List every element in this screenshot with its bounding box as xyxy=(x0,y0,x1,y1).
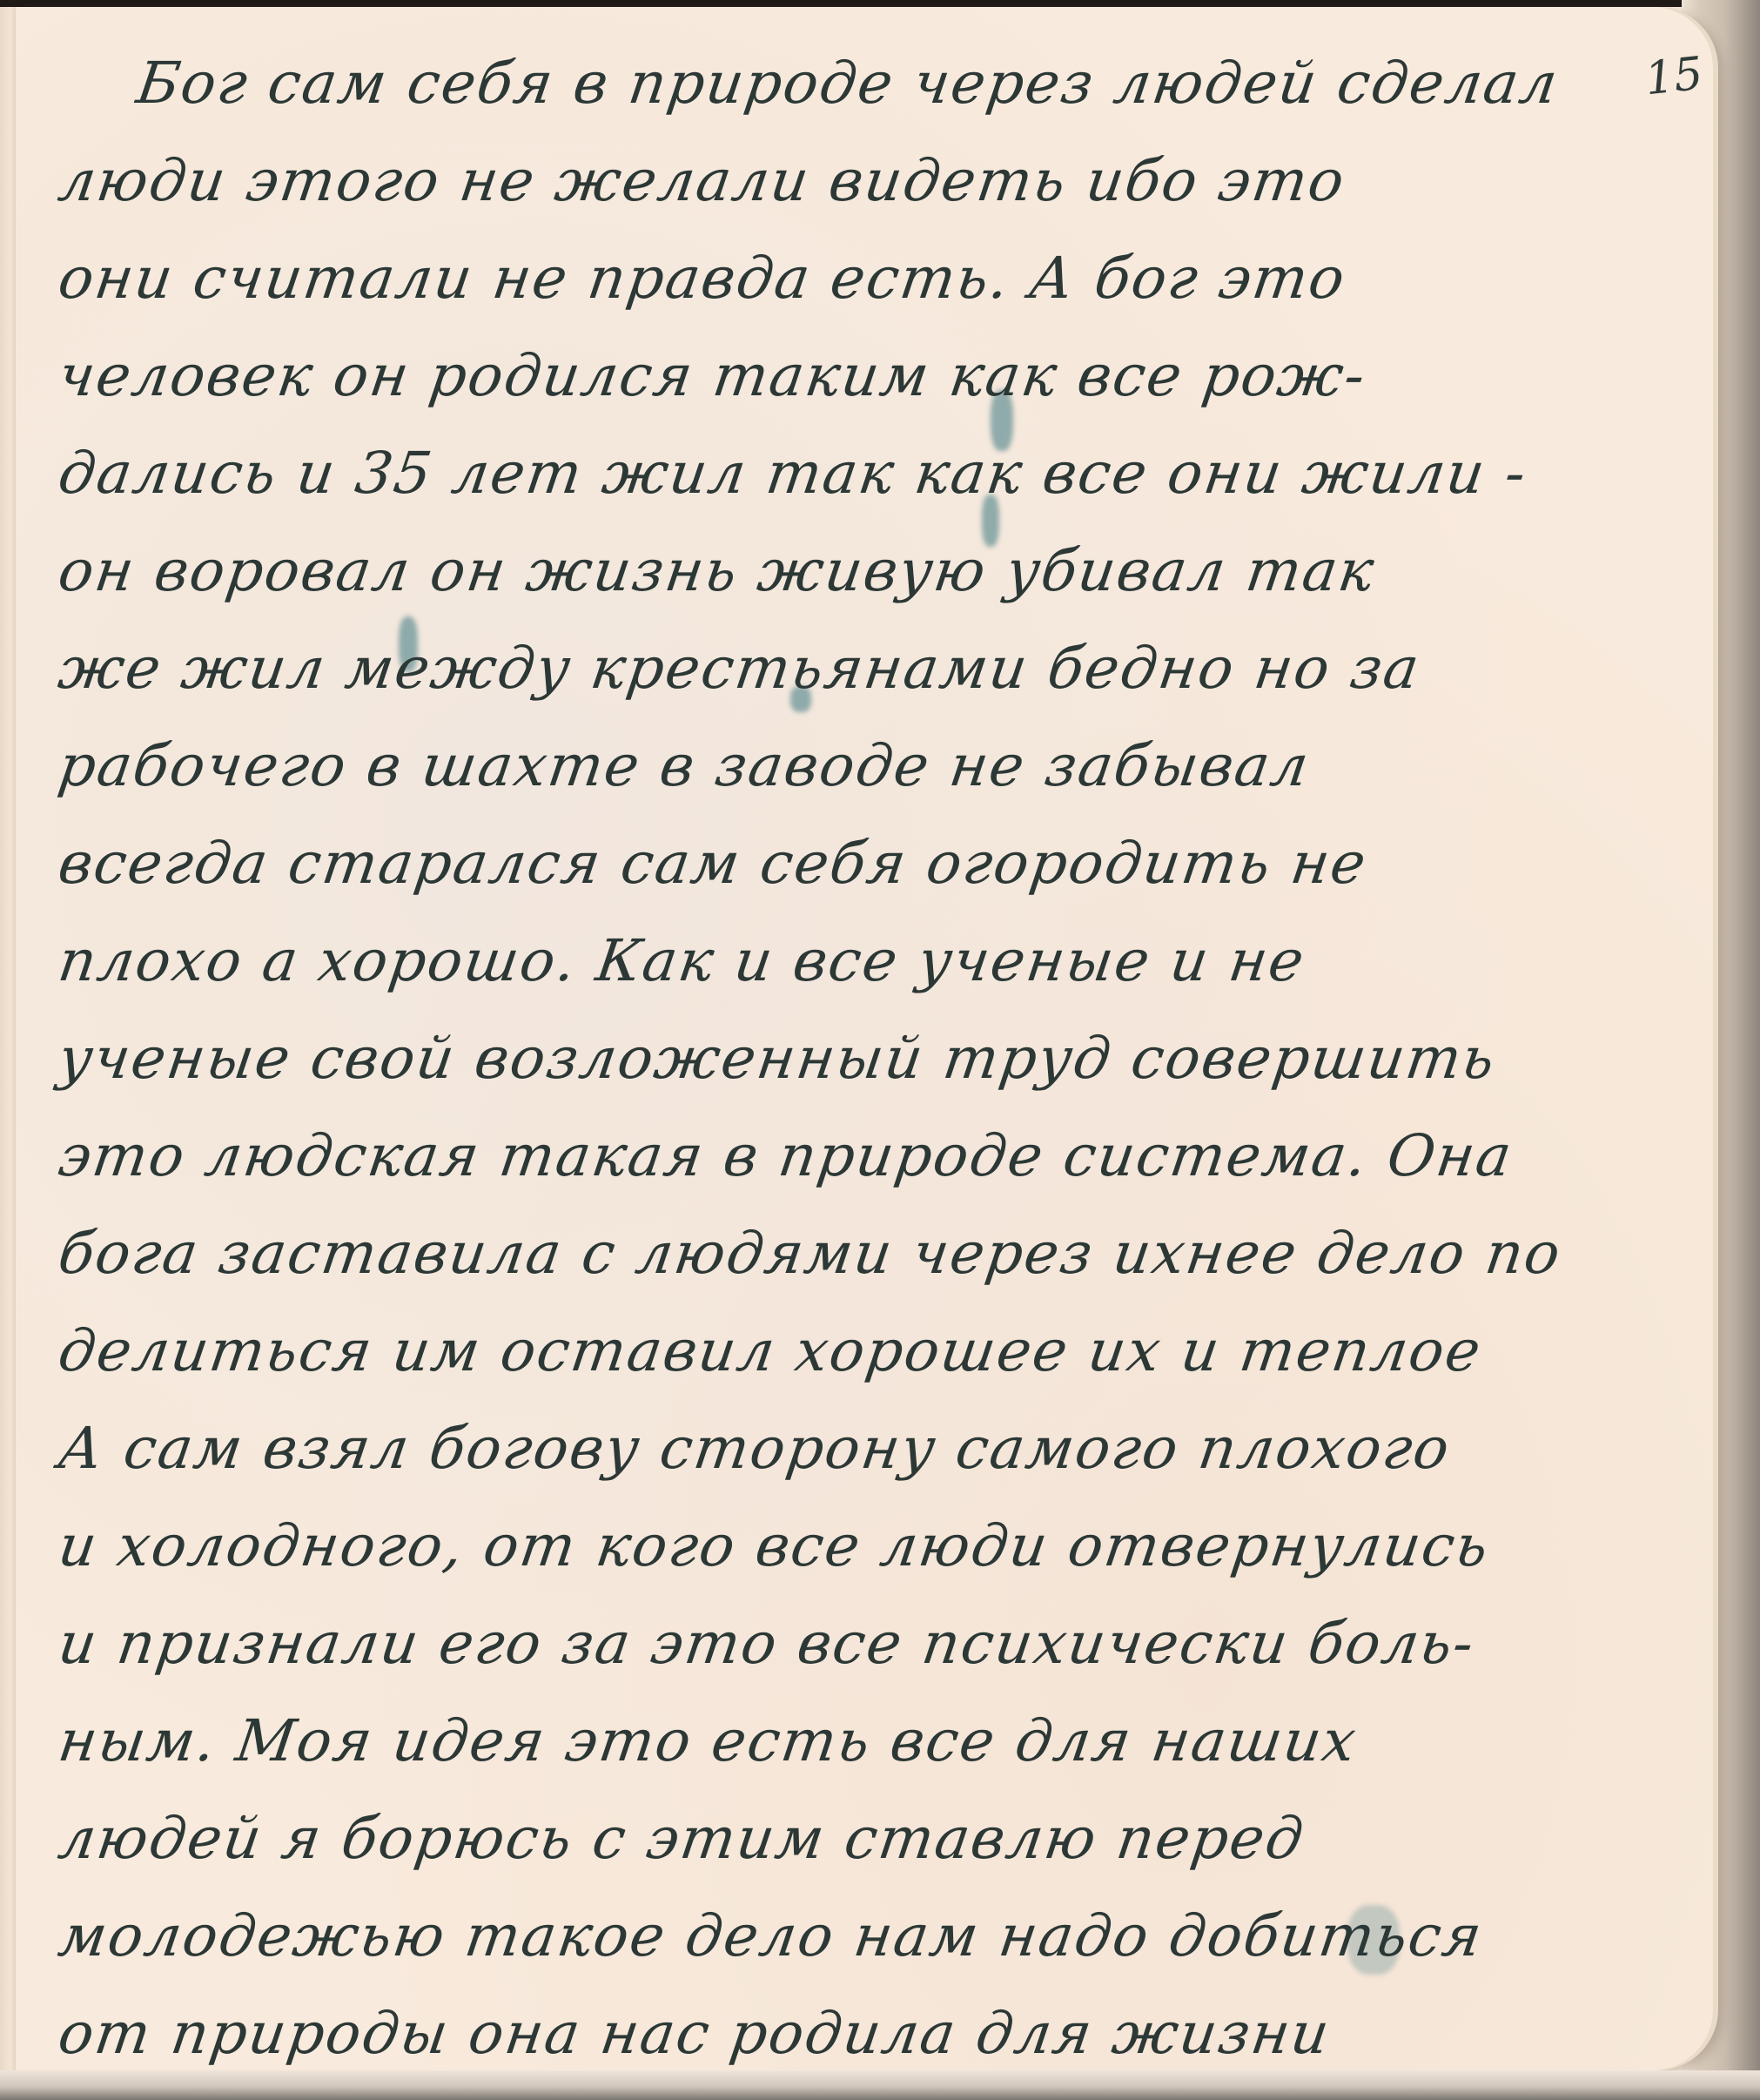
text-line: же жил между крестьянами бедно но за xyxy=(52,620,1703,717)
text-line: дались и 35 лет жил так как все они жили… xyxy=(52,425,1703,522)
text-line: всегда старался сам себя огородить не xyxy=(52,815,1703,912)
text-line: бога заставила с людями через ихнее дело… xyxy=(52,1205,1703,1302)
text-line: Бог сам себя в природе через людей сдела… xyxy=(52,35,1703,132)
text-line: ученые свой возложенный труд совершить xyxy=(52,1010,1703,1107)
text-line: ным. Моя идея это есть все для наших xyxy=(52,1693,1703,1790)
text-line: они считали не правда есть. А бог это xyxy=(52,230,1703,327)
text-line: людей я борюсь с этим ставлю перед xyxy=(52,1790,1703,1888)
text-line: и холодного, от кого все люди отвернулис… xyxy=(52,1498,1703,1595)
text-line: плохо а хорошо. Как и все ученые и не xyxy=(52,912,1703,1010)
text-line: делиться им оставил хорошее их и теплое xyxy=(52,1302,1703,1400)
notebook-scan: 15 Бог сам себя в природе через людей сд… xyxy=(0,0,1760,2100)
top-shadow-edge xyxy=(0,0,1760,7)
text-line: люди этого не желали видеть ибо это xyxy=(52,132,1703,230)
text-line: молодежью такое дело нам надо добиться xyxy=(52,1888,1703,1985)
text-line: рабочего в шахте в заводе не забывал xyxy=(52,717,1703,815)
handwritten-text: Бог сам себя в природе через людей сдела… xyxy=(52,35,1689,2083)
text-line: от природы она нас родила для жизни xyxy=(52,1985,1703,2083)
text-line: человек он родился таким как все рож- xyxy=(52,327,1703,425)
text-line: и признали его за это все психически бол… xyxy=(52,1595,1703,1693)
bottom-edge xyxy=(0,2070,1760,2100)
text-line: он воровал он жизнь живую убивал так xyxy=(52,522,1703,620)
text-line: это людская такая в природе система. Она xyxy=(52,1107,1703,1205)
text-line: А сам взял богову сторону самого плохого xyxy=(52,1400,1703,1498)
